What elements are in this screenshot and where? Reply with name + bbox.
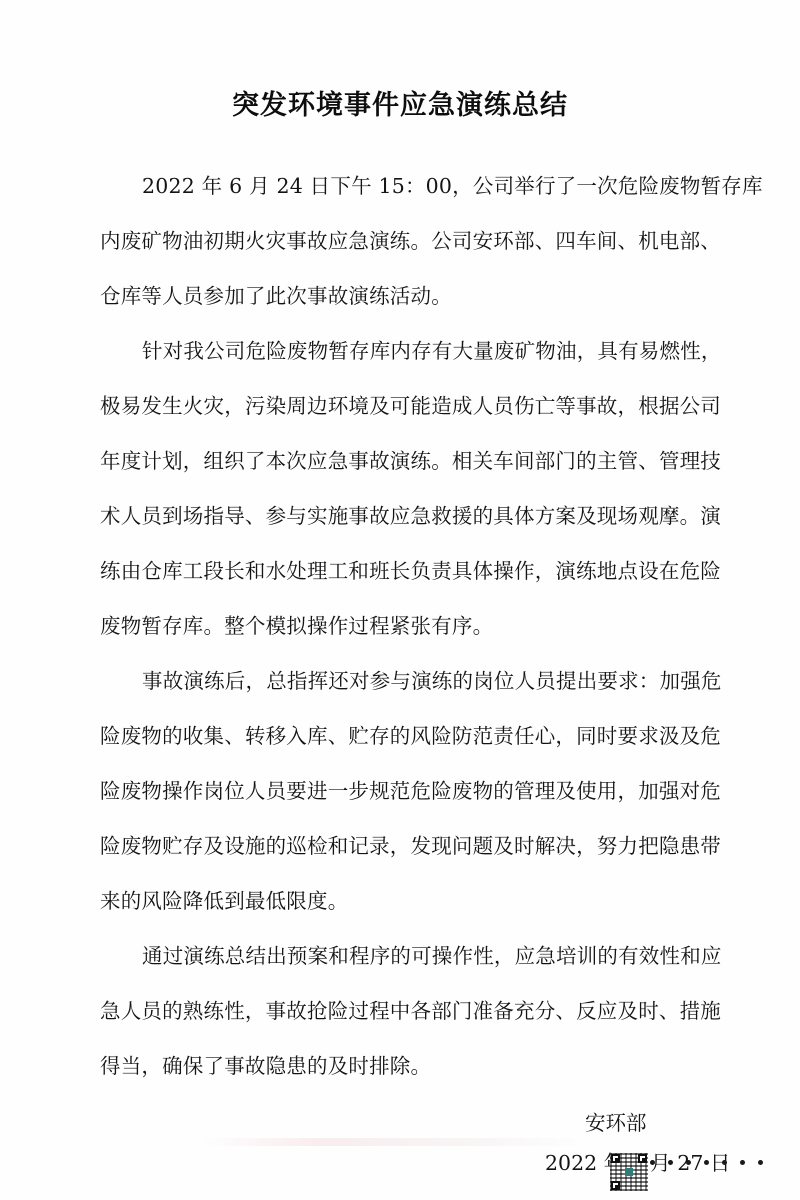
paragraph-2-line-2: 极易发生火灾，污染周边环境及可能造成人员伤亡等事故，根据公司 (100, 391, 720, 421)
paragraph-1-line-1: 2022 年 6 月 24 日下午 15：00，公司举行了一次危险废物暂存库 (142, 171, 762, 201)
paragraph-4-line-2: 急人员的熟练性，事故抢险过程中各部门准备充分、反应及时、措施 (100, 996, 720, 1026)
paragraph-2-line-5: 练由仓库工段长和水处理工和班长负责具体操作，演练地点设在危险 (100, 556, 720, 586)
qr-logo-icon (625, 1168, 633, 1176)
qr-finder-icon (611, 1181, 620, 1190)
paragraph-3-line-1: 事故演练后，总指挥还对参与演练的岗位人员提出要求：加强危 (142, 666, 762, 696)
dot-icon (704, 1160, 709, 1165)
paragraph-1-line-3: 仓库等人员参加了此次事故演练活动。 (100, 281, 720, 311)
paragraph-2-line-6: 废物暂存库。整个模拟操作过程紧张有序。 (100, 611, 720, 641)
footer-band (200, 1138, 590, 1146)
qr-finder-icon (611, 1154, 620, 1163)
paragraph-3-line-4: 险废物贮存及设施的巡检和记录，发现问题及时解决，努力把隐患带 (100, 831, 720, 861)
qr-finder-icon (638, 1154, 647, 1163)
paragraph-3-line-5: 来的风险降低到最低限度。 (100, 886, 720, 916)
paragraph-4-line-3: 得当，确保了事故隐患的及时排除。 (100, 1051, 720, 1081)
paragraph-4-line-1: 通过演练总结出预案和程序的可操作性，应急培训的有效性和应 (142, 941, 762, 971)
dot-icon (722, 1160, 727, 1165)
paragraph-2-line-4: 术人员到场指导、参与实施事故应急救援的具体方案及现场观摩。演 (100, 501, 720, 531)
paragraph-2-line-3: 年度计划，组织了本次应急事故演练。相关车间部门的主管、管理技 (100, 446, 720, 476)
dot-icon (740, 1160, 745, 1165)
document-title: 突发环境事件应急演练总结 (0, 83, 800, 122)
dot-icon (758, 1160, 763, 1165)
signature-department: 安环部 (585, 1106, 647, 1136)
paragraph-2-line-1: 针对我公司危险废物暂存库内存有大量废矿物油，具有易燃性， (142, 336, 762, 366)
paragraph-3-line-2: 险废物的收集、转移入库、贮存的风险防范责任心，同时要求汲及危 (100, 721, 720, 751)
qr-code-icon[interactable] (610, 1153, 648, 1191)
dot-icon (668, 1160, 673, 1165)
dot-icon (650, 1160, 655, 1165)
paragraph-1-line-2: 内废矿物油初期火灾事故应急演练。公司安环部、四车间、机电部、 (100, 226, 720, 256)
page-dots-indicator (650, 1160, 763, 1165)
paragraph-3-line-3: 险废物操作岗位人员要进一步规范危险废物的管理及使用，加强对危 (100, 776, 720, 806)
document-page: 突发环境事件应急演练总结 2022 年 6 月 24 日下午 15：00，公司举… (0, 0, 800, 1200)
dot-icon (686, 1160, 691, 1165)
